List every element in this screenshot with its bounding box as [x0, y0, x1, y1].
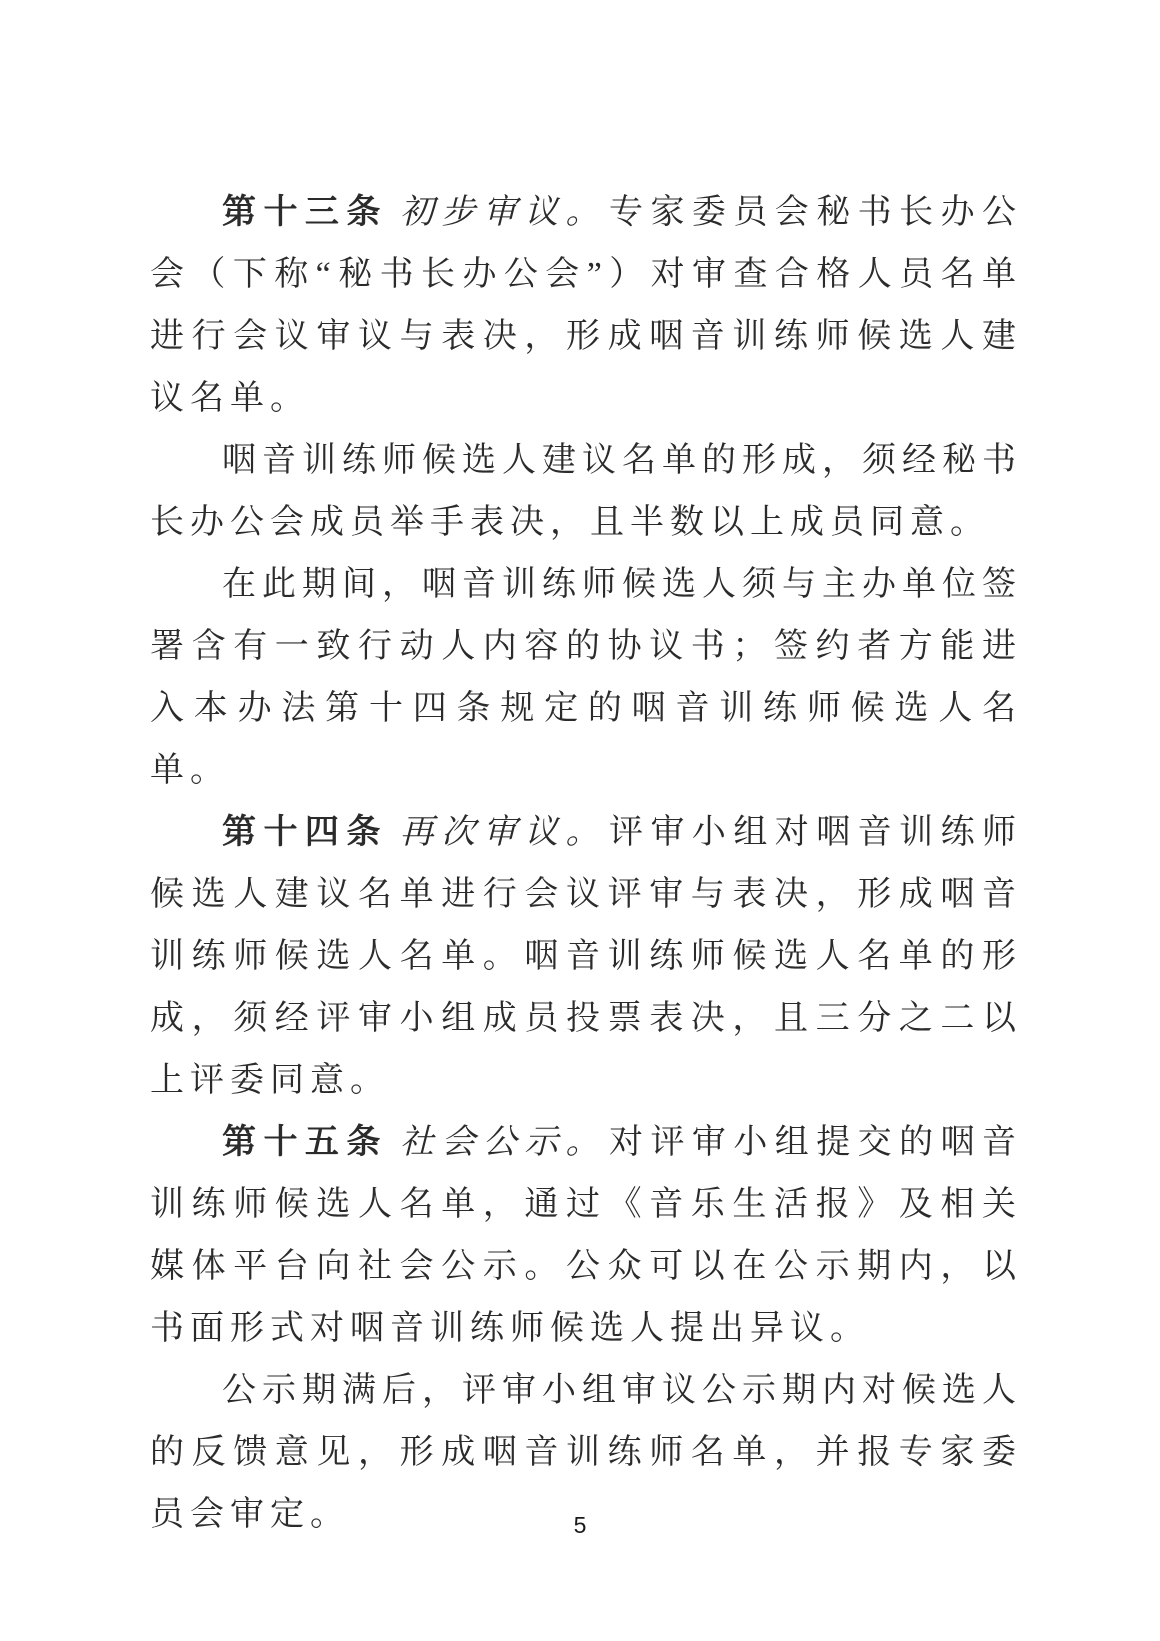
paragraph-text: 评审小组对咽音训练师候选人建议名单进行会议评审与表决，形成咽音训练师候选人名单。…	[150, 814, 1022, 1099]
article-term: 社会公示。	[400, 1124, 607, 1161]
page-number: 5	[574, 1512, 587, 1538]
article-number: 第十三条	[222, 194, 388, 231]
document-body: 第十三条初步审议。专家委员会秘书长办公会（下称“秘书长办公会”）对审查合格人员名…	[150, 182, 1022, 1546]
paragraph-plain: 在此期间，咽音训练师候选人须与主办单位签署含有一致行动人内容的协议书；签约者方能…	[150, 554, 1022, 802]
document-page: 第十三条初步审议。专家委员会秘书长办公会（下称“秘书长办公会”）对审查合格人员名…	[0, 0, 1160, 1641]
paragraph-text: 公示期满后，评审小组审议公示期内对候选人的反馈意见，形成咽音训练师名单，并报专家…	[150, 1372, 1022, 1533]
article-term: 再次审议。	[400, 814, 607, 851]
paragraph-plain: 咽音训练师候选人建议名单的形成，须经秘书长办公会成员举手表决，且半数以上成员同意…	[150, 430, 1022, 554]
article-number: 第十五条	[222, 1124, 388, 1161]
paragraph-article-13: 第十三条初步审议。专家委员会秘书长办公会（下称“秘书长办公会”）对审查合格人员名…	[150, 182, 1022, 430]
paragraph-article-15: 第十五条社会公示。对评审小组提交的咽音训练师候选人名单，通过《音乐生活报》及相关…	[150, 1112, 1022, 1360]
paragraph-text: 在此期间，咽音训练师候选人须与主办单位签署含有一致行动人内容的协议书；签约者方能…	[150, 566, 1022, 789]
paragraph-article-14: 第十四条再次审议。评审小组对咽音训练师候选人建议名单进行会议评审与表决，形成咽音…	[150, 802, 1022, 1112]
page-footer: 5	[0, 1512, 1160, 1539]
paragraph-text: 咽音训练师候选人建议名单的形成，须经秘书长办公会成员举手表决，且半数以上成员同意…	[150, 442, 1022, 541]
article-number: 第十四条	[222, 814, 388, 851]
article-term: 初步审议。	[400, 194, 607, 231]
